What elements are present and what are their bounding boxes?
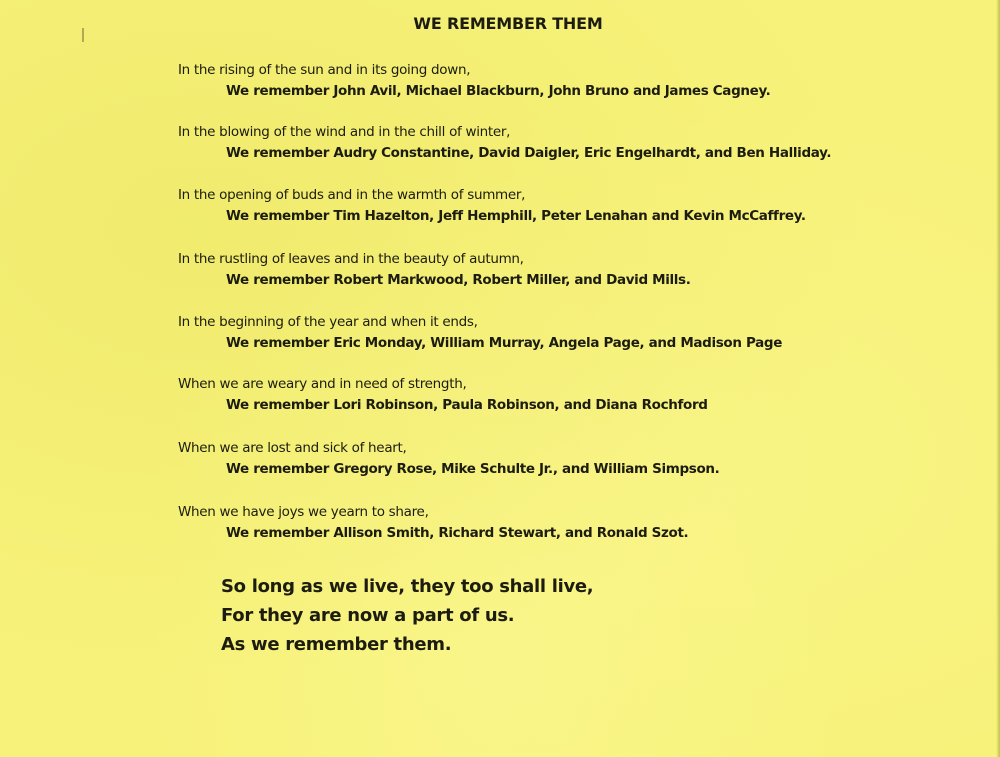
stanza-names: We remember John Avil, Michael Blackburn… xyxy=(226,80,770,102)
stanza-names: We remember Robert Markwood, Robert Mill… xyxy=(226,269,691,291)
stanza-7: When we are lost and sick of heart, We r… xyxy=(178,438,719,480)
stanza-5: In the beginning of the year and when it… xyxy=(178,312,782,354)
stanza-invocation: When we are weary and in need of strengt… xyxy=(178,374,708,394)
scanned-page: WE REMEMBER THEM In the rising of the su… xyxy=(0,0,1000,757)
stanza-names: We remember Gregory Rose, Mike Schulte J… xyxy=(226,458,719,480)
stanza-invocation: In the rising of the sun and in its goin… xyxy=(178,60,770,80)
stanza-1: In the rising of the sun and in its goin… xyxy=(178,60,770,102)
closing-verse: So long as we live, they too shall live,… xyxy=(221,572,593,659)
stanza-names: We remember Audry Constantine, David Dai… xyxy=(226,142,831,164)
closing-line: As we remember them. xyxy=(221,630,593,659)
closing-line: For they are now a part of us. xyxy=(221,601,593,630)
stanza-names: We remember Eric Monday, William Murray,… xyxy=(226,332,782,354)
stanza-8: When we have joys we yearn to share, We … xyxy=(178,502,688,544)
page-title: WE REMEMBER THEM xyxy=(0,14,1000,33)
stanza-2: In the blowing of the wind and in the ch… xyxy=(178,122,831,164)
stanza-invocation: In the opening of buds and in the warmth… xyxy=(178,185,806,205)
stanza-6: When we are weary and in need of strengt… xyxy=(178,374,708,416)
stanza-names: We remember Lori Robinson, Paula Robinso… xyxy=(226,394,708,416)
stanza-invocation: In the blowing of the wind and in the ch… xyxy=(178,122,831,142)
stanza-names: We remember Allison Smith, Richard Stewa… xyxy=(226,522,688,544)
stanza-invocation: In the beginning of the year and when it… xyxy=(178,312,782,332)
stanza-3: In the opening of buds and in the warmth… xyxy=(178,185,806,227)
stanza-invocation: In the rustling of leaves and in the bea… xyxy=(178,249,691,269)
paper-edge-shadow xyxy=(996,0,1000,757)
stanza-4: In the rustling of leaves and in the bea… xyxy=(178,249,691,291)
stanza-invocation: When we have joys we yearn to share, xyxy=(178,502,688,522)
closing-line: So long as we live, they too shall live, xyxy=(221,572,593,601)
stanza-names: We remember Tim Hazelton, Jeff Hemphill,… xyxy=(226,205,806,227)
stanza-invocation: When we are lost and sick of heart, xyxy=(178,438,719,458)
